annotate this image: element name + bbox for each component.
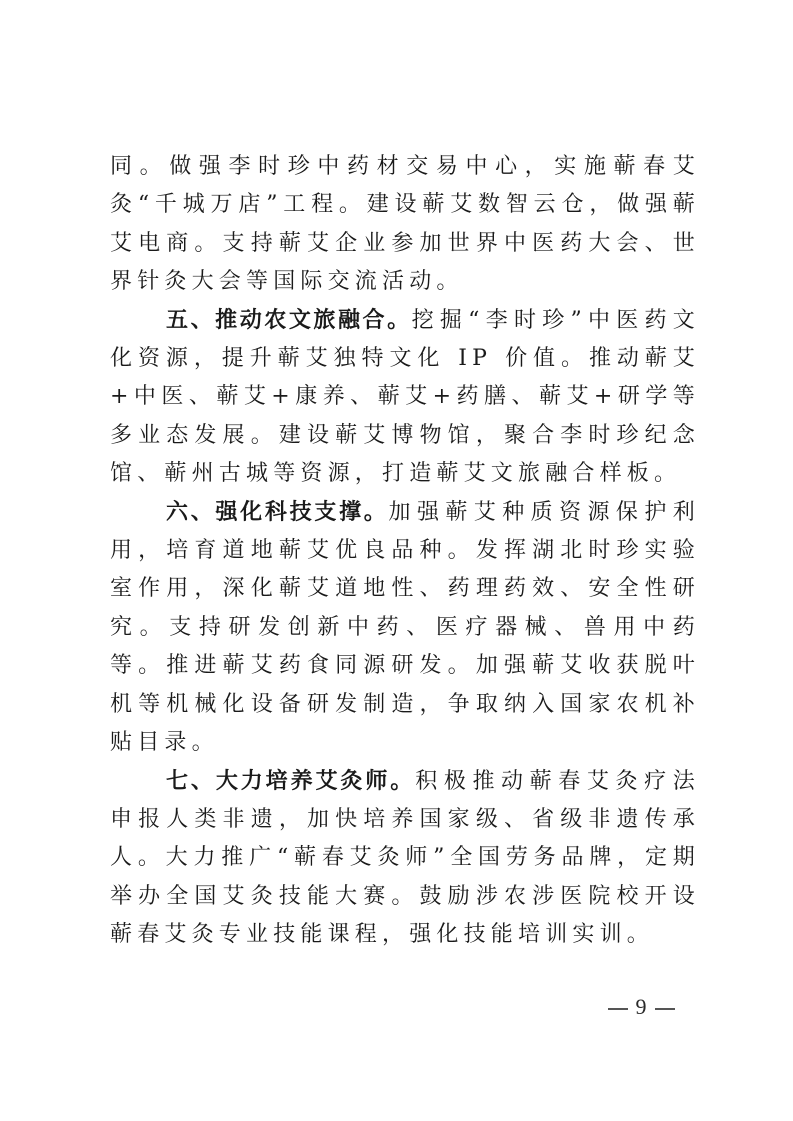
section-heading: 五、推动农文旅融合。 xyxy=(166,308,412,333)
paragraph-section-7: 七、大力培养艾灸师。积极推动蕲春艾灸疗法申报人类非遗，加快培养国家级、省级非遗传… xyxy=(110,763,700,955)
paragraph-body: 同。做强李时珍中药材交易中心，实施蕲春艾灸“千城万店”工程。建设蕲艾数智云仓，做… xyxy=(110,154,700,294)
paragraph-body: 积极推动蕲春艾灸疗法申报人类非遗，加快培养国家级、省级非遗传承人。大力推广“蕲春… xyxy=(110,769,700,948)
page-number: 9 xyxy=(596,994,686,1020)
paragraph-continuation: 同。做强李时珍中药材交易中心，实施蕲春艾灸“千城万店”工程。建设蕲艾数智云仓，做… xyxy=(110,148,700,302)
section-heading: 七、大力培养艾灸师。 xyxy=(166,769,415,794)
document-page: 同。做强李时珍中药材交易中心，实施蕲春艾灸“千城万店”工程。建设蕲艾数智云仓，做… xyxy=(110,148,700,955)
paragraph-section-6: 六、强化科技支撑。加强蕲艾种质资源保护利用，培育道地蕲艾优良品种。发挥湖北时珍实… xyxy=(110,494,700,763)
paragraph-body: 挖掘“李时珍”中医药文化资源，提升蕲艾独特文化 IP 价值。推动蕲艾+中医、蕲艾… xyxy=(110,308,700,487)
dash-left xyxy=(608,1008,628,1010)
page-number-value: 9 xyxy=(636,994,647,1019)
section-heading: 六、强化科技支撑。 xyxy=(166,500,389,525)
paragraph-body: 加强蕲艾种质资源保护利用，培育道地蕲艾优良品种。发挥湖北时珍实验室作用，深化蕲艾… xyxy=(110,500,700,755)
dash-right xyxy=(655,1008,675,1010)
paragraph-section-5: 五、推动农文旅融合。挖掘“李时珍”中医药文化资源，提升蕲艾独特文化 IP 价值。… xyxy=(110,302,700,494)
